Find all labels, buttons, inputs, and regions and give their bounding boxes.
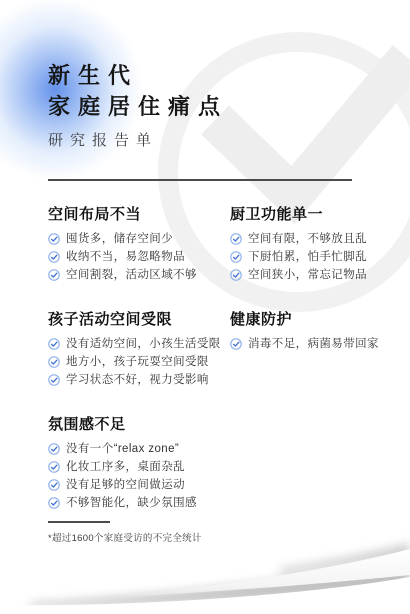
check-circle-icon [48, 374, 60, 386]
item-text: 化妆工序多，桌面杂乱 [66, 461, 185, 473]
list-item: 收纳不当，易忽略物品 [48, 251, 230, 263]
check-circle-icon [230, 233, 242, 245]
list-item: 消毒不足，病菌易带回家 [230, 338, 379, 350]
check-circle-icon [48, 338, 60, 350]
check-circle-icon [230, 338, 242, 350]
section-kitchen-bath: 厨卫功能单一 空间有限，不够放且乱 下厨怕累，怕手忙脚乱 空间狭小，常忘记物品 [230, 205, 379, 287]
item-text: 没有足够的空间做运动 [66, 479, 185, 491]
section-title: 孩子活动空间受限 [48, 310, 230, 330]
check-circle-icon [48, 461, 60, 473]
list-item: 化妆工序多，桌面杂乱 [48, 461, 230, 473]
item-text: 没有适幼空间，小孩生活受限 [66, 338, 221, 350]
section-health: 健康防护 消毒不足，病菌易带回家 [230, 310, 379, 392]
report-subtitle: 研究报告单 [48, 129, 228, 150]
check-circle-icon [48, 269, 60, 281]
list-item: 空间有限，不够放且乱 [230, 233, 379, 245]
check-circle-icon [48, 233, 60, 245]
section-title: 空间布局不当 [48, 205, 230, 225]
header-divider [48, 179, 352, 181]
report-header: 新生代 家庭居住痛点 研究报告单 [48, 60, 228, 150]
list-item: 地方小，孩子玩耍空间受限 [48, 356, 230, 368]
check-circle-icon [230, 269, 242, 281]
list-item: 下厨怕累，怕手忙脚乱 [230, 251, 379, 263]
section-kids-space: 孩子活动空间受限 没有适幼空间，小孩生活受限 地方小，孩子玩耍空间受限 学习状态… [48, 310, 230, 392]
item-text: 没有一个“relax zone” [66, 443, 179, 455]
list-item: 空间狭小，常忘记物品 [230, 269, 379, 281]
list-item: 没有适幼空间，小孩生活受限 [48, 338, 230, 350]
pain-point-sections: 空间布局不当 囤货多，储存空间少 收纳不当，易忽略物品 空间割裂，活动区域不够 … [48, 205, 378, 515]
list-item: 没有足够的空间做运动 [48, 479, 230, 491]
list-item: 囤货多，储存空间少 [48, 233, 230, 245]
item-text: 下厨怕累，怕手忙脚乱 [248, 251, 367, 263]
section-title: 健康防护 [230, 310, 379, 330]
item-text: 消毒不足，病菌易带回家 [248, 338, 379, 350]
item-text: 地方小，孩子玩耍空间受限 [66, 356, 209, 368]
list-item: 不够智能化，缺少氛围感 [48, 497, 230, 509]
item-text: 学习状态不好，视力受影响 [66, 374, 209, 386]
section-ambience: 氛围感不足 没有一个“relax zone” 化妆工序多，桌面杂乱 没有足够的空… [48, 415, 230, 515]
footnote-divider [48, 521, 110, 523]
item-text: 囤货多，储存空间少 [66, 233, 173, 245]
check-circle-icon [48, 251, 60, 263]
list-item: 学习状态不好，视力受影响 [48, 374, 230, 386]
item-text: 空间割裂，活动区域不够 [66, 269, 197, 281]
title-line-1: 新生代 [48, 60, 228, 91]
title-line-2: 家庭居住痛点 [48, 91, 228, 122]
footnote-text: *超过1600个家庭受访的不完全统计 [48, 530, 202, 544]
section-space-layout: 空间布局不当 囤货多，储存空间少 收纳不当，易忽略物品 空间割裂，活动区域不够 [48, 205, 230, 287]
item-text: 收纳不当，易忽略物品 [66, 251, 185, 263]
item-text: 空间有限，不够放且乱 [248, 233, 367, 245]
section-title: 氛围感不足 [48, 415, 230, 435]
item-text: 空间狭小，常忘记物品 [248, 269, 367, 281]
check-circle-icon [48, 497, 60, 509]
section-title: 厨卫功能单一 [230, 205, 379, 225]
item-text: 不够智能化，缺少氛围感 [66, 497, 197, 509]
list-item: 空间割裂，活动区域不够 [48, 269, 230, 281]
check-circle-icon [48, 356, 60, 368]
check-circle-icon [48, 443, 60, 455]
check-circle-icon [48, 479, 60, 491]
list-item: 没有一个“relax zone” [48, 443, 230, 455]
check-circle-icon [230, 251, 242, 263]
